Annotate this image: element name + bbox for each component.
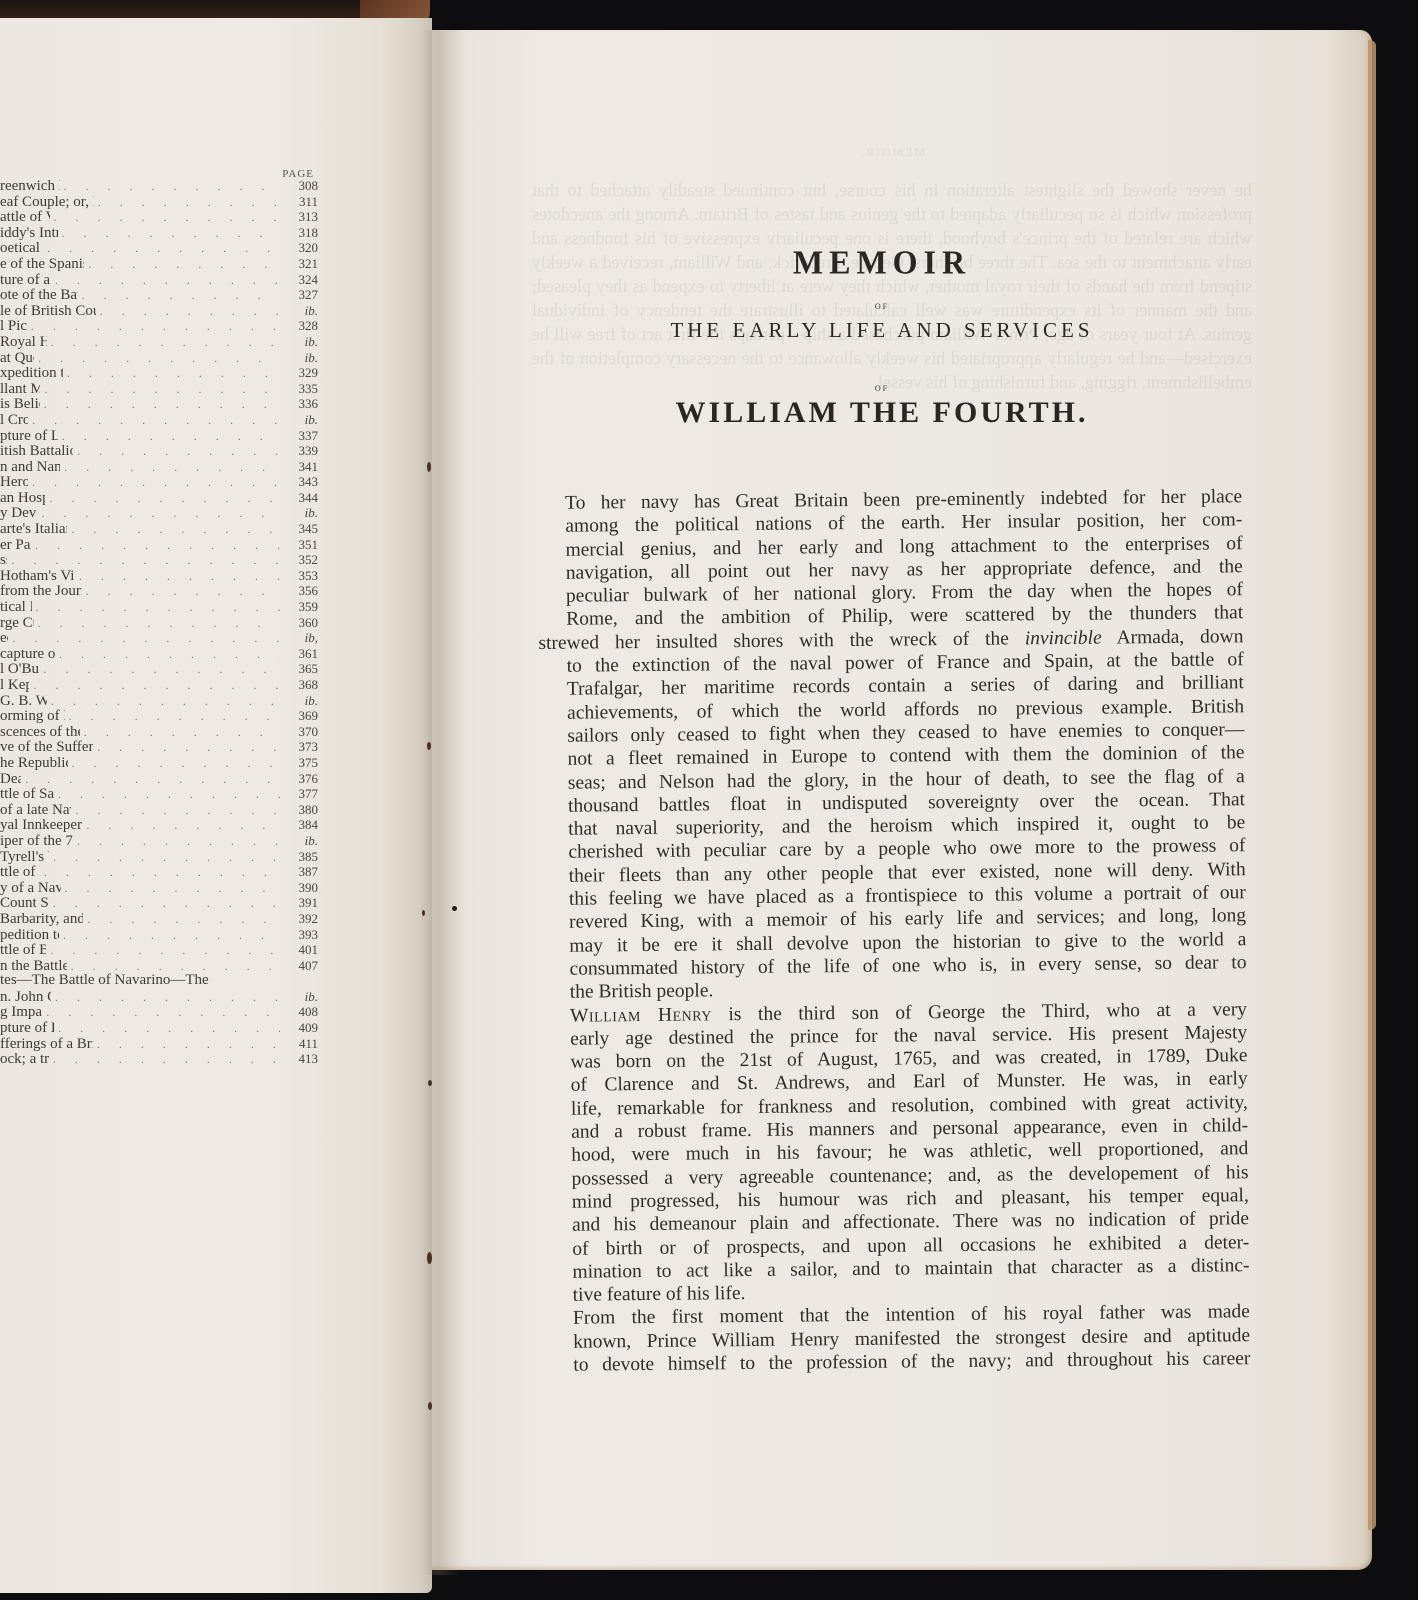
toc-leader-dots: . . . . . . . . . . . . . . . . . . . . xyxy=(71,522,280,538)
toc-leader-dots: . . . . . . . . . . . . . . . . . . . . xyxy=(49,491,280,507)
bleed-body: he never showed the slightest alteration… xyxy=(532,178,1252,394)
foxing-spot xyxy=(452,906,457,911)
toc-leader-dots: . . . . . . . . . . . . . . . . . . . . xyxy=(67,366,280,382)
toc-entry: n. John O'Bryen. . . . . . . . . . . . .… xyxy=(0,989,318,1005)
toc-leader-dots: . . . . . . . . . . . . . . . . . . . . xyxy=(50,943,280,959)
toc-entry: Count Steinach. . . . . . . . . . . . . … xyxy=(0,895,318,911)
toc-entry-page: 401 xyxy=(284,942,318,958)
toc-entry-title: ttle of Salamanca xyxy=(0,787,54,803)
toc-entry-page: 328 xyxy=(284,318,318,334)
toc-leader-dots: . . . . . . . . . . . . . . . . . . . . xyxy=(58,787,280,803)
toc-leader-dots: . . . . . . . . . . . . . . . . . . . . xyxy=(86,818,280,834)
toc-entry-page: 390 xyxy=(284,880,318,896)
page-edge-foxing xyxy=(1368,40,1376,1530)
toc-entry: reenwich Pensioner. . . . . . . . . . . … xyxy=(0,178,318,194)
toc-entry-page: 356 xyxy=(284,583,318,599)
toc-entry-page: 336 xyxy=(284,396,318,412)
toc-entry-page: ib, xyxy=(284,630,318,646)
toc-entry: y Devotion. . . . . . . . . . . . . . . … xyxy=(0,505,318,521)
toc-entry-page: 353 xyxy=(284,568,318,584)
foxing-spot xyxy=(427,1252,432,1264)
toc-entry-page: 313 xyxy=(284,209,318,225)
toc-entry: ee. . . . . . . . . . . . . . . . . . . … xyxy=(0,630,318,646)
toc-entry-page: 359 xyxy=(284,599,318,615)
toc-entry-page: ib. xyxy=(284,412,318,428)
toc-entry-title: is Believing xyxy=(0,397,40,413)
toc-entry-title: scences of the American War xyxy=(0,725,80,741)
toc-leader-dots: . . . . . . . . . . . . . . . . . . . . xyxy=(84,725,280,741)
toc-leader-dots: . . . . . . . . . . . . . . . . . . . . xyxy=(86,584,280,600)
toc-entry-title: oetical Sailor xyxy=(0,241,43,257)
toc-entry-page: 409 xyxy=(284,1020,318,1036)
toc-entry: l O'Buckley. . . . . . . . . . . . . . .… xyxy=(0,661,318,677)
toc-entry: Royal Hussars. . . . . . . . . . . . . .… xyxy=(0,334,318,350)
toc-entry-title: from the Journal of an Officer xyxy=(0,584,82,600)
title-connector: OF xyxy=(432,384,1332,393)
toc-entry-title: er Parker xyxy=(0,538,31,554)
toc-entry: ote of the Battle of Corunna. . . . . . … xyxy=(0,287,318,303)
toc-entry: llant Marine. . . . . . . . . . . . . . … xyxy=(0,381,318,397)
toc-leader-dots: . . . . . . . . . . . . . . . . . . . . xyxy=(46,1005,280,1021)
toc-entry-title: llant Marine xyxy=(0,382,40,398)
toc-entry: from the Journal of an Officer. . . . . … xyxy=(0,583,318,599)
toc-leader-dots: . . . . . . . . . . . . . . . . . . . . xyxy=(38,616,280,632)
toc-entry-title: ss xyxy=(0,553,7,569)
toc-entry: ture of a Ranger. . . . . . . . . . . . … xyxy=(0,272,318,288)
toc-entry: G. B. Westcott. . . . . . . . . . . . . … xyxy=(0,693,318,709)
toc-entry: itish Battalion in Portugal. . . . . . .… xyxy=(0,443,318,459)
toc-entry-title: ture of a Ranger xyxy=(0,273,51,289)
toc-leader-dots: . . . . . . . . . . . . . . . . . . . . xyxy=(71,959,280,975)
toc-entry: oetical Sailor. . . . . . . . . . . . . … xyxy=(0,240,318,256)
toc-entry-page: 385 xyxy=(284,849,318,865)
text-fragment: Armada, down xyxy=(1102,626,1244,648)
toc-entry: rge Curtis. . . . . . . . . . . . . . . … xyxy=(0,615,318,631)
toc-entry-page: 318 xyxy=(284,225,318,241)
toc-leader-dots: . . . . . . . . . . . . . . . . . . . . xyxy=(87,912,280,928)
toc-leader-dots: . . . . . . . . . . . . . . . . . . . . xyxy=(12,631,280,647)
toc-entry: iddy's Introduction. . . . . . . . . . .… xyxy=(0,225,318,241)
page-subtitle: THE EARLY LIFE AND SERVICES xyxy=(432,318,1332,343)
right-page: MEMOIR. he never showed the slightest al… xyxy=(432,30,1372,1570)
toc-leader-dots: . . . . . . . . . . . . . . . . . . . . xyxy=(58,1021,280,1037)
toc-entry: er Parker. . . . . . . . . . . . . . . .… xyxy=(0,537,318,553)
toc-entry: yal Innkeepers and the Soldier. . . . . … xyxy=(0,817,318,833)
toc-entry: attle of Vimiera. . . . . . . . . . . . … xyxy=(0,209,318,225)
toc-entry: iper of the 78th Regiment. . . . . . . .… xyxy=(0,833,318,849)
toc-leader-dots: . . . . . . . . . . . . . . . . . . . . xyxy=(33,678,280,694)
toc-entry-title: itish Battalion in Portugal xyxy=(0,444,73,460)
toc-entry: n the Battle of Barossa. . . . . . . . .… xyxy=(0,958,318,974)
toc-leader-dots: . . . . . . . . . . . . . . . . . . . . xyxy=(65,881,280,897)
toc-entry-title: pture of La Pique xyxy=(0,1021,54,1037)
bleed-through-text xyxy=(0,1078,320,1094)
toc-leader-dots: . . . . . . . . . . . . . . . . . . . . xyxy=(51,335,280,351)
toc-entry-page: 365 xyxy=(284,661,318,677)
toc-leader-dots: . . . . . . . . . . . . . . . . . . . . xyxy=(59,647,280,663)
toc-entry-page: 320 xyxy=(284,240,318,256)
toc-entry-title: y of a Naval Officer xyxy=(0,881,61,897)
toc-leader-dots: . . . . . . . . . . . . . . . . . . . . xyxy=(54,210,280,226)
lead-name: William Henry xyxy=(570,1004,712,1026)
toc-entry: Barbarity, and Singular Escape. . . . . … xyxy=(0,911,318,927)
toc-entry-title: orming of Fort Muros xyxy=(0,709,65,725)
toc-leader-dots: . . . . . . . . . . . . . . . . . . . . xyxy=(64,179,281,195)
toc-entry: ttle of Barossa. . . . . . . . . . . . .… xyxy=(0,942,318,958)
toc-entry-page: 329 xyxy=(284,365,318,381)
toc-entry-page: 339 xyxy=(284,443,318,459)
toc-leader-dots: . . . . . . . . . . . . . . . . . . . . xyxy=(69,709,280,725)
toc-entry-title: tical Bull xyxy=(0,600,32,616)
toc-leader-dots: . . . . . . . . . . . . . . . . . . . . xyxy=(53,1052,280,1068)
toc-entry-title: rge Curtis xyxy=(0,616,34,632)
toc-entry: pture of La Vestale. . . . . . . . . . .… xyxy=(0,428,318,444)
toc-entry: Tyrell's Victory. . . . . . . . . . . . … xyxy=(0,849,318,865)
toc-entry: ttle of Salamanca. . . . . . . . . . . .… xyxy=(0,786,318,802)
paragraph-3: From the first moment that the intention… xyxy=(545,1301,1251,1378)
toc-leader-dots: . . . . . . . . . . . . . . . . . . . . xyxy=(51,694,280,710)
toc-entry: he Republican Admiral. . . . . . . . . .… xyxy=(0,755,318,771)
toc-entry-title: he Republican Admiral xyxy=(0,756,68,772)
toc-leader-dots: . . . . . . . . . . . . . . . . . . . . xyxy=(25,772,280,788)
toc-leader-dots: . . . . . . . . . . . . . . . . . . . . xyxy=(63,928,280,944)
toc-entry-page: 337 xyxy=(284,428,318,444)
toc-entry: e of the Spanish Treasure Ships. . . . .… xyxy=(0,256,318,272)
page-title: MEMOIR xyxy=(432,243,1332,282)
toc-leader-dots: . . . . . . . . . . . . . . . . . . . . xyxy=(43,662,280,678)
toc-entry: l Picton. . . . . . . . . . . . . . . . … xyxy=(0,318,318,334)
toc-entry: tes—The Battle of Navarino—The xyxy=(0,973,318,989)
bleed-heading: MEMOIR. xyxy=(532,140,1252,164)
foxing-spot xyxy=(422,910,425,916)
toc-leader-dots: . . . . . . . . . . . . . . . . . . . . xyxy=(77,834,280,850)
toc-entry-title: an Hospitality xyxy=(0,491,45,507)
toc-entry-title: Hotham's Victory off Groa xyxy=(0,569,75,585)
toc-entry-page: ib. xyxy=(284,833,318,849)
toc-leader-dots: . . . . . . . . . . . . . . . . . . . . xyxy=(44,382,280,398)
toc-entry-title: y Devotion xyxy=(0,506,37,522)
toc-entry-title: G. B. Westcott xyxy=(0,694,47,710)
toc-entry-page: 370 xyxy=(284,724,318,740)
toc-entry-title: n and Nancy; a Tale xyxy=(0,460,60,476)
toc-entry-title: Count Steinach xyxy=(0,896,49,912)
toc-entry-page: 321 xyxy=(284,256,318,272)
toc-entry: of a late Naval Character. . . . . . . .… xyxy=(0,802,318,818)
toc-entry: ock; a true Tale. . . . . . . . . . . . … xyxy=(0,1051,318,1067)
toc-entry-title: arte's Italian Campaign xyxy=(0,522,67,538)
toc-entry-page: 311 xyxy=(284,194,318,210)
toc-entry: l Crown. . . . . . . . . . . . . . . . .… xyxy=(0,412,318,428)
toc-leader-dots: . . . . . . . . . . . . . . . . . . . . xyxy=(32,475,280,491)
toc-entry: orming of Fort Muros. . . . . . . . . . … xyxy=(0,708,318,724)
toc-entry-page: 308 xyxy=(284,178,318,194)
foxing-spot xyxy=(427,742,431,750)
toc-leader-dots: . . . . . . . . . . . . . . . . . . . . xyxy=(11,553,280,569)
memoir-body: To her navy has Great Britain been pre-e… xyxy=(537,485,1250,1377)
toc-entry: y of a Naval Officer. . . . . . . . . . … xyxy=(0,880,318,896)
toc-entry-page: ib. xyxy=(284,693,318,709)
toc-entry-title: n the Battle of Barossa xyxy=(0,959,67,975)
toc-entry: scences of the American War. . . . . . .… xyxy=(0,724,318,740)
toc-entry-title: eaf Couple; or, Inhumanity Punished xyxy=(0,195,94,211)
toc-entry-title: l Keppel xyxy=(0,678,29,694)
toc-entry-title: ee xyxy=(0,631,8,647)
toc-entry-title: le of British Courage and Seamanship xyxy=(0,304,96,320)
toc-leader-dots: . . . . . . . . . . . . . . . . . . . . xyxy=(77,444,280,460)
toc-leader-dots: . . . . . . . . . . . . . . . . . . . . xyxy=(62,429,280,445)
toc-entry-title: Barbarity, and Singular Escape xyxy=(0,912,83,928)
toc-entry: n and Nancy; a Tale. . . . . . . . . . .… xyxy=(0,459,318,475)
toc-leader-dots: . . . . . . . . . . . . . . . . . . . . xyxy=(35,538,280,554)
toc-entry-page: 341 xyxy=(284,459,318,475)
toc-entry-page: 392 xyxy=(284,911,318,927)
toc-entry-title: reenwich Pensioner xyxy=(0,179,60,195)
toc-leader-dots: . . . . . . . . . . . . . . . . . . . . xyxy=(64,460,280,476)
toc-entry: ttle of Pavia. . . . . . . . . . . . . .… xyxy=(0,864,318,880)
toc-entry: g Impatience. . . . . . . . . . . . . . … xyxy=(0,1004,318,1020)
paragraph-1: To her navy has Great Britain been pre-e… xyxy=(537,485,1247,1004)
toc-entry: eaf Couple; or, Inhumanity Punished. . .… xyxy=(0,194,318,210)
toc-leader-dots: . . . . . . . . . . . . . . . . . . . . xyxy=(38,351,280,367)
toc-entry-page: 368 xyxy=(284,677,318,693)
foxing-spot xyxy=(427,462,431,472)
toc-entry-page: 387 xyxy=(284,864,318,880)
toc-entry-title: ock; a true Tale xyxy=(0,1052,49,1068)
toc-entry-page: 343 xyxy=(284,474,318,490)
toc-entry-page: ib. xyxy=(284,350,318,366)
toc-entry-title: n. John O'Bryen xyxy=(0,990,51,1006)
italic-word: invincible xyxy=(1025,627,1102,649)
toc-leader-dots: . . . . . . . . . . . . . . . . . . . . xyxy=(97,1037,280,1053)
toc-leader-dots: . . . . . . . . . . . . . . . . . . . . xyxy=(82,288,280,304)
toc-leader-dots: . . . . . . . . . . . . . . . . . . . . xyxy=(55,273,280,289)
toc-entry: pture of La Pique. . . . . . . . . . . .… xyxy=(0,1020,318,1036)
toc-entry-page: 407 xyxy=(284,958,318,974)
foxing-spot xyxy=(428,1080,432,1086)
toc-entry: l Keppel. . . . . . . . . . . . . . . . … xyxy=(0,677,318,693)
toc-entry: le of British Courage and Seamanship. . … xyxy=(0,303,318,319)
toc-entry: Hotham's Victory off Groa. . . . . . . .… xyxy=(0,568,318,584)
toc-leader-dots: . . . . . . . . . . . . . . . . . . . . xyxy=(62,226,280,242)
toc-entry-page: 377 xyxy=(284,786,318,802)
toc-leader-dots: . . . . . . . . . . . . . . . . . . . . xyxy=(31,319,280,335)
toc-list: reenwich Pensioner. . . . . . . . . . . … xyxy=(0,178,318,1067)
toc-entry: Heroine. . . . . . . . . . . . . . . . .… xyxy=(0,474,318,490)
toc-entry-title: ote of the Battle of Corunna xyxy=(0,288,78,304)
toc-leader-dots: . . . . . . . . . . . . . . . . . . . . xyxy=(75,803,280,819)
toc-leader-dots: . . . . . . . . . . . . . . . . . . . . xyxy=(36,600,280,616)
toc-entry-page: 369 xyxy=(284,708,318,724)
toc-entry: tical Bull. . . . . . . . . . . . . . . … xyxy=(0,599,318,615)
toc-entry-page: 413 xyxy=(284,1051,318,1067)
toc-leader-dots: . . . . . . . . . . . . . . . . . . . . xyxy=(98,195,280,211)
toc-leader-dots: . . . . . . . . . . . . . . . . . . . . xyxy=(47,241,280,257)
toc-entry-page: 391 xyxy=(284,895,318,911)
toc-entry: fferings of a British Officer in Spain. … xyxy=(0,1036,318,1052)
toc-entry-title: pedition to Holland xyxy=(0,928,59,944)
toc-entry-page: 352 xyxy=(284,552,318,568)
toc-entry: Death. . . . . . . . . . . . . . . . . .… xyxy=(0,771,318,787)
toc-entry-title: l Picton xyxy=(0,319,27,335)
toc-leader-dots: . . . . . . . . . . . . . . . . . . . . xyxy=(41,506,280,522)
toc-entry-title: ttle of Barossa xyxy=(0,943,46,959)
toc-entry-title: at Quebec xyxy=(0,351,34,367)
toc-entry-page: 345 xyxy=(284,521,318,537)
toc-entry: ve of the Sufferings of Six Deserters. .… xyxy=(0,739,318,755)
toc-entry-page: 380 xyxy=(284,802,318,818)
toc-entry-page: ib. xyxy=(284,334,318,350)
toc-entry-page: 375 xyxy=(284,755,318,771)
toc-leader-dots: . . . . . . . . . . . . . . . . . . . . xyxy=(53,896,280,912)
text-fragment: is the third son of George the Third, wh… xyxy=(712,999,1247,1025)
toc-entry-title: e of the Spanish Treasure Ships xyxy=(0,257,84,273)
toc-leader-dots: . . . . . . . . . . . . . . . . . . . . xyxy=(44,397,280,413)
text-fragment: strewed her insulted shores with the wre… xyxy=(538,628,1025,654)
toc-leader-dots: . . . . . . . . . . . . . . . . . . . . xyxy=(53,850,280,866)
toc-leader-dots: . . . . . . . . . . . . . . . . . . . . xyxy=(100,304,280,320)
toc-entry-title: Heroine xyxy=(0,475,28,491)
toc-entry-title: yal Innkeepers and the Soldier xyxy=(0,818,82,834)
toc-entry-title: ve of the Sufferings of Six Deserters xyxy=(0,740,93,756)
toc-leader-dots: . . . . . . . . . . . . . . . . . . . . xyxy=(88,257,280,273)
toc-entry-title: l Crown xyxy=(0,413,28,429)
toc-entry-title: Tyrell's Victory xyxy=(0,850,49,866)
toc-entry-page: ib. xyxy=(284,303,318,319)
subject-name: WILLIAM THE FOURTH. xyxy=(432,396,1332,430)
toc-entry: at Quebec. . . . . . . . . . . . . . . .… xyxy=(0,350,318,366)
toc-entry-title: Death xyxy=(0,772,21,788)
toc-entry-page: 344 xyxy=(284,490,318,506)
toc-entry: ss. . . . . . . . . . . . . . . . . . . … xyxy=(0,552,318,568)
toc-entry-page: 335 xyxy=(284,381,318,397)
toc-entry-page: 324 xyxy=(284,272,318,288)
toc-entry-page: 327 xyxy=(284,287,318,303)
toc-entry: xpedition to Calabria. . . . . . . . . .… xyxy=(0,365,318,381)
toc-entry-title: tes—The Battle of Navarino—The xyxy=(0,973,209,989)
toc-entry-title: xpedition to Calabria xyxy=(0,366,63,382)
toc-leader-dots: . . . . . . . . . . . . . . . . . . . . xyxy=(72,756,280,772)
toc-entry-title: attle of Vimiera xyxy=(0,210,50,226)
toc-entry-title: iper of the 78th Regiment xyxy=(0,834,73,850)
toc-entry: pedition to Holland. . . . . . . . . . .… xyxy=(0,927,318,943)
toc-entry: an Hospitality. . . . . . . . . . . . . … xyxy=(0,490,318,506)
paragraph-2: William Henry is the third son of George… xyxy=(542,998,1250,1308)
left-page: PAGE reenwich Pensioner. . . . . . . . .… xyxy=(0,18,432,1593)
toc-entry: capture of Oporto. . . . . . . . . . . .… xyxy=(0,646,318,662)
toc-entry-title: iddy's Introduction xyxy=(0,226,58,242)
foxing-spot xyxy=(428,1402,432,1410)
toc-entry-title: g Impatience xyxy=(0,1005,42,1021)
toc-entry-page: 408 xyxy=(284,1004,318,1020)
title-connector: OF xyxy=(432,302,1332,311)
book-photo: PAGE reenwich Pensioner. . . . . . . . .… xyxy=(0,0,1418,1600)
toc-leader-dots: . . . . . . . . . . . . . . . . . . . . xyxy=(55,990,280,1006)
toc-entry-title: fferings of a British Officer in Spain xyxy=(0,1037,93,1053)
toc-entry-page: 373 xyxy=(284,739,318,755)
toc-entry-page: 384 xyxy=(284,817,318,833)
toc-entry-title: Royal Hussars xyxy=(0,335,47,351)
toc-entry-title: of a late Naval Character xyxy=(0,803,71,819)
toc-leader-dots: . . . . . . . . . . . . . . . . . . . . xyxy=(97,740,280,756)
toc-entry-title: l O'Buckley xyxy=(0,662,39,678)
toc-leader-dots: . . . . . . . . . . . . . . . . . . . . xyxy=(79,569,280,585)
toc-entry-title: capture of Oporto xyxy=(0,647,55,663)
toc-leader-dots: . . . . . . . . . . . . . . . . . . . . xyxy=(44,865,280,881)
toc-entry-page: ib. xyxy=(284,989,318,1005)
toc-entry-page: 351 xyxy=(284,537,318,553)
toc-entry-page: 376 xyxy=(284,771,318,787)
toc-leader-dots: . . . . . . . . . . . . . . . . . . . . xyxy=(32,413,280,429)
toc-entry-page: 393 xyxy=(284,927,318,943)
toc-entry-title: pture of La Vestale xyxy=(0,429,58,445)
toc-entry-page: ib. xyxy=(284,505,318,521)
toc-entry-page: 411 xyxy=(284,1036,318,1052)
toc-entry-title: ttle of Pavia xyxy=(0,865,40,881)
toc-entry: is Believing. . . . . . . . . . . . . . … xyxy=(0,396,318,412)
toc-entry-page: 361 xyxy=(284,646,318,662)
toc-entry: arte's Italian Campaign. . . . . . . . .… xyxy=(0,521,318,537)
toc-entry-page: 360 xyxy=(284,615,318,631)
